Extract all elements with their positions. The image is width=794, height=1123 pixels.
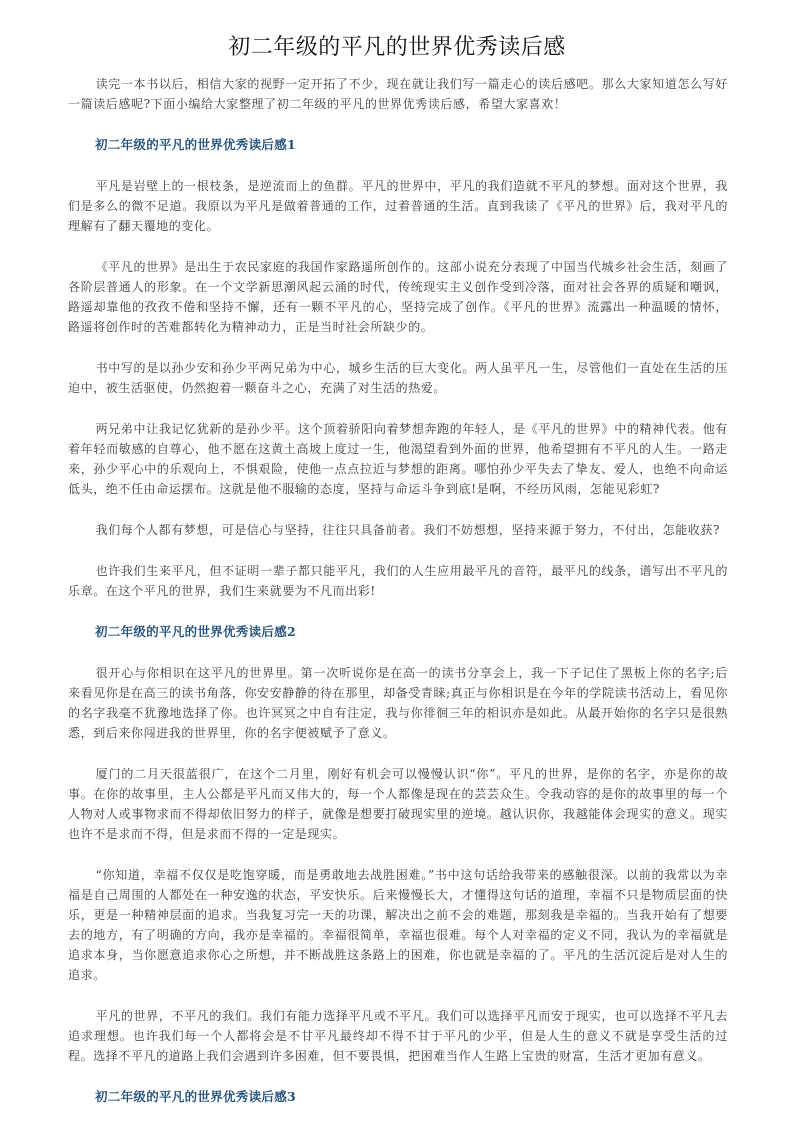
paragraph: 平凡的世界，不平凡的我们。我们有能力选择平凡或不平凡。我们可以选择平凡而安于现实… [68, 1006, 728, 1066]
paragraph: 厦门的二月天很蓝很广，在这个二月里，刚好有机会可以慢慢认识“你”。平凡的世界，是… [68, 764, 728, 844]
document-title: 初二年级的平凡的世界优秀读后感 [0, 30, 794, 61]
paragraph: 也许我们生来平凡，但不证明一辈子都只能平凡，我们的人生应用最平凡的音符，最平凡的… [68, 561, 728, 601]
paragraph: 平凡是岩壁上的一根枝条，是逆流而上的鱼群。平凡的世界中，平凡的我们造就不平凡的梦… [68, 176, 728, 236]
paragraph: 书中写的是以孙少安和孙少平两兄弟为中心，城乡生活的巨大变化。两人虽平凡一生，尽管… [68, 358, 728, 398]
intro-paragraph: 读完一本书以后，相信大家的视野一定开拓了不少，现在就让我们写一篇走心的读后感吧。… [68, 74, 728, 114]
section-heading-1: 初二年级的平凡的世界优秀读后感1 [68, 135, 728, 155]
paragraph: 《平凡的世界》是出生于农民家庭的我国作家路遥所创作的。这部小说充分表现了中国当代… [68, 257, 728, 337]
paragraph: 两兄弟中让我记忆犹新的是孙少平。这个顶着骄阳向着梦想奔跑的年轻人，是《平凡的世界… [68, 419, 728, 499]
paragraph: 很开心与你相识在这平凡的世界里。第一次听说你是在高一的读书分享会上，我一下子记住… [68, 663, 728, 743]
section-heading-3: 初二年级的平凡的世界优秀读后感3 [68, 1087, 728, 1107]
paragraph: “你知道，幸福不仅仅是吃饱穿暖，而是勇敢地去战胜困难。”书中这句话给我带来的感触… [68, 865, 728, 985]
document-body: 读完一本书以后，相信大家的视野一定开拓了不少，现在就让我们写一篇走心的读后感吧。… [68, 74, 728, 1123]
section-heading-2: 初二年级的平凡的世界优秀读后感2 [68, 622, 728, 642]
paragraph: 我们每个人都有梦想，可是信心与坚持，往往只具备前者。我们不妨想想，坚持来源于努力… [68, 520, 728, 540]
document-page: 初二年级的平凡的世界优秀读后感 读完一本书以后，相信大家的视野一定开拓了不少，现… [0, 0, 794, 1123]
